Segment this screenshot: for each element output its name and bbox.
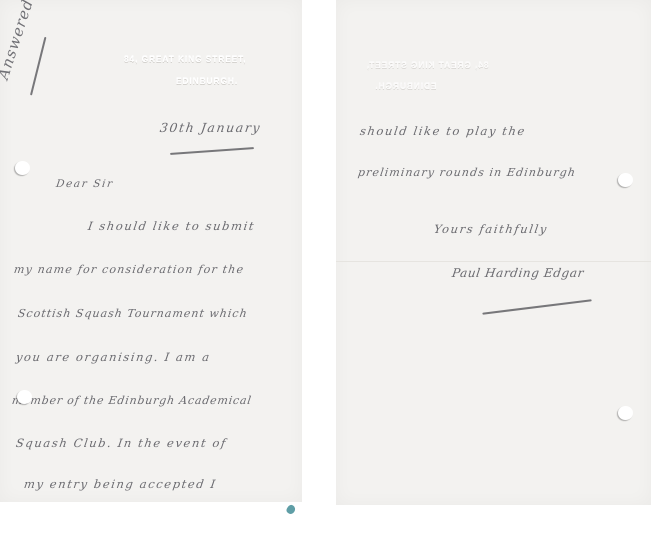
- reverse-embossed-letterhead: 84, GREAT KING STREET, EDINBURGH.: [366, 60, 489, 91]
- body-line-5: member of the Edinburgh Academical: [11, 394, 252, 407]
- reverse-letterhead-line1: 84, GREAT KING STREET,: [366, 60, 489, 70]
- letterhead-address-line2: EDINBURGH.: [176, 76, 247, 86]
- signature-flourish: [482, 299, 591, 314]
- annotation-underline: [30, 37, 46, 96]
- embossed-letterhead: 84, GREAT KING STREET, EDINBURGH.: [124, 54, 247, 86]
- body-line-8: should like to play the: [359, 124, 527, 138]
- body-line-4: you are organising. I am a: [15, 350, 212, 364]
- body-line-7: my entry being accepted I: [23, 477, 218, 491]
- body-line-6: Squash Club. In the event of: [15, 436, 228, 450]
- margin-annotation: Answered: [0, 0, 37, 82]
- punch-hole: [15, 161, 30, 175]
- body-line-9: preliminary rounds in Edinburgh: [357, 166, 577, 179]
- body-line-3: Scottish Squash Tournament which: [17, 307, 248, 320]
- paper-fold: [336, 261, 651, 262]
- letter-page-right: 84, GREAT KING STREET, EDINBURGH. should…: [336, 0, 651, 505]
- date-underline: [170, 147, 254, 154]
- punch-hole: [618, 406, 633, 420]
- closing: Yours faithfully: [433, 222, 549, 236]
- signature: Paul Harding Edgar: [451, 266, 585, 280]
- punch-hole: [618, 173, 633, 187]
- body-line-1: I should like to submit: [87, 219, 256, 233]
- salutation: Dear Sir: [55, 178, 114, 190]
- reverse-letterhead-line2: EDINBURGH.: [366, 81, 437, 91]
- letter-page-left: 84, GREAT KING STREET, EDINBURGH. Answer…: [0, 0, 302, 502]
- letterhead-address-line1: 84, GREAT KING STREET,: [124, 54, 247, 64]
- punch-hole: [17, 390, 32, 404]
- body-line-2: my name for consideration for the: [13, 263, 245, 276]
- letter-date: 30th January: [159, 120, 262, 135]
- ink-mark: [285, 504, 296, 516]
